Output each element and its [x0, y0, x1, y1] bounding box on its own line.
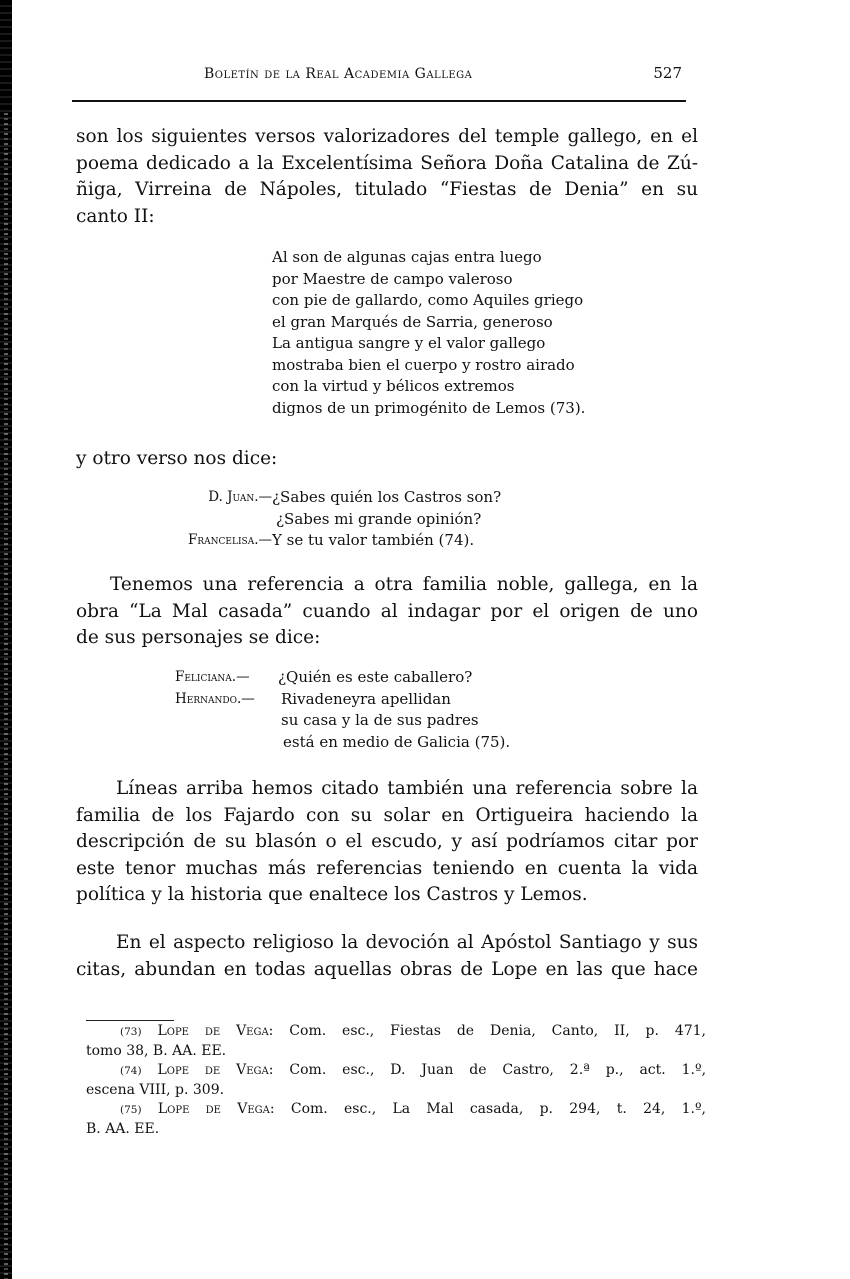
- dialog-row: Hernando.— Rivadeneyra apellidan: [0, 689, 850, 711]
- paragraph-5: En el aspecto religioso la devoción al A…: [76, 930, 698, 983]
- footnote-author: Lope de Vega:: [157, 1062, 273, 1078]
- footnote-number: (74): [120, 1065, 142, 1077]
- text-line: este tenor muchas más referencias tenien…: [76, 856, 698, 883]
- text-line: y otro verso nos dice:: [76, 446, 698, 473]
- dialog-text: Rivadeneyra apellidan: [281, 689, 451, 711]
- text-line: Líneas arriba hemos citado también una r…: [76, 776, 698, 803]
- verse-line: por Maestre de campo valeroso: [272, 269, 585, 291]
- dialog-quote-mal-casada: Feliciana.— ¿Quién es este caballero? He…: [0, 667, 850, 753]
- footnote-text: escena VIII, p. 309.: [86, 1081, 706, 1100]
- verse-quote-fiestas-de-denia: Al son de algunas cajas entra luego por …: [272, 247, 585, 419]
- dialog-text: ¿Sabes quién los Castros son?: [272, 487, 501, 509]
- verse-line: el gran Marqués de Sarria, generoso: [272, 312, 585, 334]
- footnote-text: Com. esc., D. Juan de Castro, 2.ª p., ac…: [289, 1062, 706, 1078]
- paragraph-2: y otro verso nos dice:: [76, 446, 698, 473]
- dialog-text: Y se tu valor también (74).: [272, 530, 474, 552]
- text-line: poema dedicado a la Excelentísima Señora…: [76, 151, 698, 178]
- dialog-speaker: Hernando.—: [175, 689, 255, 711]
- dialog-speaker: Francelisa.—: [188, 530, 272, 552]
- footnote-text: tomo 38, B. AA. EE.: [86, 1042, 706, 1061]
- dialog-row: su casa y la de sus padres: [0, 710, 850, 732]
- dialog-text: su casa y la de sus padres: [281, 710, 479, 732]
- text-line: obra “La Mal casada” cuando al indagar p…: [76, 599, 698, 626]
- footnote-separator: [86, 1020, 174, 1021]
- text-line: En el aspecto religioso la devoción al A…: [76, 930, 698, 957]
- dialog-quote-juan-de-castro: D. Juan.— ¿Sabes quién los Castros son? …: [0, 487, 850, 552]
- footnote-75: (75) Lope de Vega: Com. esc., La Mal cas…: [86, 1100, 706, 1120]
- text-line: Tenemos una referencia a otra familia no…: [76, 572, 698, 599]
- verse-line: La antigua sangre y el valor gallego: [272, 333, 585, 355]
- verse-line: mostraba bien el cuerpo y rostro airado: [272, 355, 585, 377]
- footnotes: (73) Lope de Vega: Com. esc., Fiestas de…: [86, 1022, 706, 1139]
- running-title: Boletín de la Real Academia Gallega: [204, 66, 472, 82]
- paragraph-4: Líneas arriba hemos citado también una r…: [76, 776, 698, 909]
- text-line: política y la historia que enaltece los …: [76, 882, 698, 909]
- dialog-row: está en medio de Galicia (75).: [0, 732, 850, 754]
- footnote-text: Com. esc., La Mal casada, p. 294, t. 24,…: [291, 1101, 706, 1117]
- footnote-number: (73): [120, 1026, 142, 1038]
- paragraph-1: son los siguientes versos valorizadores …: [76, 124, 698, 230]
- dialog-text: ¿Quién es este caballero?: [278, 667, 472, 689]
- dialog-speaker: D. Juan.—: [208, 487, 272, 509]
- dialog-row: Feliciana.— ¿Quién es este caballero?: [0, 667, 850, 689]
- footnote-number: (75): [120, 1104, 142, 1116]
- footnote-text: Com. esc., Fiestas de Denia, Canto, II, …: [289, 1023, 706, 1039]
- dialog-row: ¿Sabes mi grande opinión?: [0, 509, 850, 531]
- verse-line: dignos de un primogénito de Lemos (73).: [272, 398, 585, 420]
- verse-line: Al son de algunas cajas entra luego: [272, 247, 585, 269]
- verse-line: con la virtud y bélicos extremos: [272, 376, 585, 398]
- text-line: ñiga, Virreina de Nápoles, titulado “Fie…: [76, 177, 698, 204]
- footnote-text: B. AA. EE.: [86, 1120, 706, 1139]
- page-header: Boletín de la Real Academia Gallega 527: [72, 64, 686, 102]
- text-line: citas, abundan en todas aquellas obras d…: [76, 957, 698, 984]
- dialog-row: D. Juan.— ¿Sabes quién los Castros son?: [0, 487, 850, 509]
- dialog-text: ¿Sabes mi grande opinión?: [276, 509, 481, 531]
- footnote-author: Lope de Vega:: [157, 1023, 273, 1039]
- page-number: 527: [653, 64, 682, 82]
- text-line: canto II:: [76, 204, 698, 231]
- scan-binding-edge: [0, 0, 12, 1279]
- text-line: familia de los Fajardo con su solar en O…: [76, 803, 698, 830]
- footnote-74: (74) Lope de Vega: Com. esc., D. Juan de…: [86, 1061, 706, 1081]
- paragraph-3: Tenemos una referencia a otra familia no…: [76, 572, 698, 652]
- footnote-73: (73) Lope de Vega: Com. esc., Fiestas de…: [86, 1022, 706, 1042]
- text-line: descripción de su blasón o el escudo, y …: [76, 829, 698, 856]
- verse-line: con pie de gallardo, como Aquiles griego: [272, 290, 585, 312]
- dialog-row: Francelisa.— Y se tu valor también (74).: [0, 530, 850, 552]
- footnote-author: Lope de Vega:: [158, 1101, 275, 1117]
- dialog-text: está en medio de Galicia (75).: [283, 732, 510, 754]
- dialog-speaker: Feliciana.—: [175, 667, 250, 689]
- text-line: son los siguientes versos valorizadores …: [76, 124, 698, 151]
- text-line: de sus personajes se dice:: [76, 625, 698, 652]
